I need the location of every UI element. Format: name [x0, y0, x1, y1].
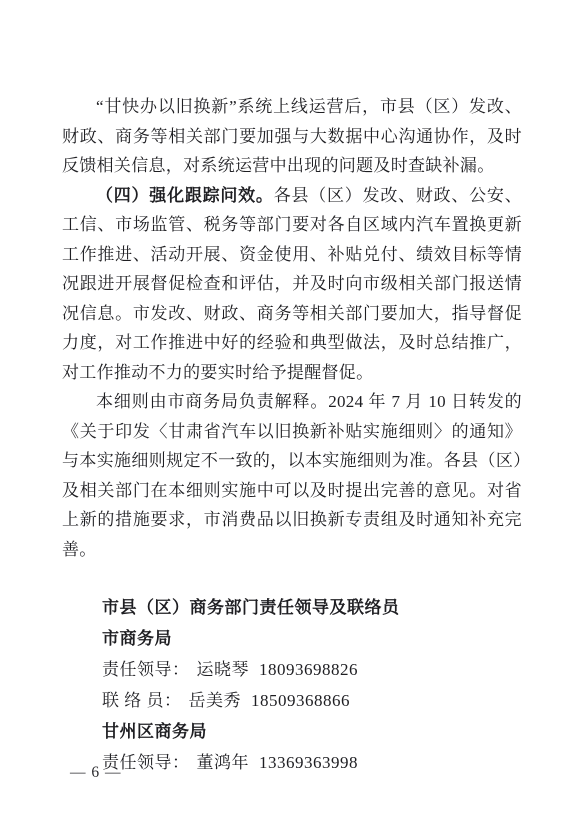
- contact-phone-number: 18093698826: [259, 660, 358, 679]
- contacts-heading: 市县（区）商务部门责任领导及联络员: [102, 592, 522, 623]
- contact-person-name: 董鸿年: [197, 753, 250, 772]
- paragraph-tracking-effect-text: 各县（区）发改、财政、公安、工信、市场监管、税务等部门要对各自区域内汽车置换更新…: [62, 186, 522, 382]
- contact-entry: 责任领导：运晓琴18093698826: [102, 654, 522, 685]
- contact-phone-number: 13369363998: [259, 753, 358, 772]
- paragraph-system-operation: “甘快办以旧换新”系统上线运营后，市县（区）发改、财政、商务等相关部门要加强与大…: [62, 92, 522, 181]
- contacts-section: 市县（区）商务部门责任领导及联络员 市商务局责任领导：运晓琴1809369882…: [62, 592, 522, 778]
- contact-groups: 市商务局责任领导：运晓琴18093698826联 络 员：岳美秀18509368…: [102, 623, 522, 778]
- document-page-body: “甘快办以旧换新”系统上线运营后，市县（区）发改、财政、商务等相关部门要加强与大…: [62, 92, 522, 778]
- contact-phone-number: 18509368866: [251, 691, 350, 710]
- contact-role-label: 联 络 员：: [102, 691, 182, 710]
- contact-org-name: 甘州区商务局: [102, 716, 522, 747]
- contact-role-label: 责任领导：: [102, 660, 190, 679]
- paragraph-bold-lead: （四）强化跟踪问效。: [96, 186, 274, 205]
- contact-person-name: 岳美秀: [189, 691, 242, 710]
- contact-person-name: 运晓琴: [197, 660, 250, 679]
- contact-entry: 联 络 员：岳美秀18509368866: [102, 685, 522, 716]
- contact-entry: 责任领导：董鸿年13369363998: [102, 747, 522, 778]
- contact-org-name: 市商务局: [102, 623, 522, 654]
- page-number: — 6 —: [70, 764, 122, 782]
- paragraph-tracking-effect: （四）强化跟踪问效。各县（区）发改、财政、公安、工信、市场监管、税务等部门要对各…: [62, 181, 522, 388]
- paragraph-interpretation: 本细则由市商务局负责解释。2024 年 7 月 10 日转发的《关于印发〈甘肃省…: [62, 387, 522, 564]
